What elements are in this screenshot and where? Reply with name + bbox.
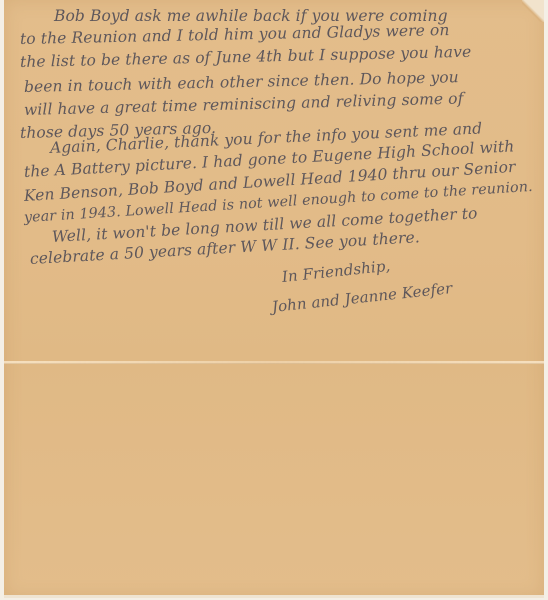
letter-closing: In Friendship, bbox=[281, 257, 391, 286]
letter-line-3: the list to be there as of June 4th but … bbox=[20, 43, 472, 71]
letter-page: Bob Boyd ask me awhile back if you were … bbox=[4, 0, 544, 598]
page-bottom-edge bbox=[4, 595, 544, 598]
letter-signature: John and Jeanne Keefer bbox=[271, 279, 453, 316]
fold-crease bbox=[4, 361, 544, 364]
